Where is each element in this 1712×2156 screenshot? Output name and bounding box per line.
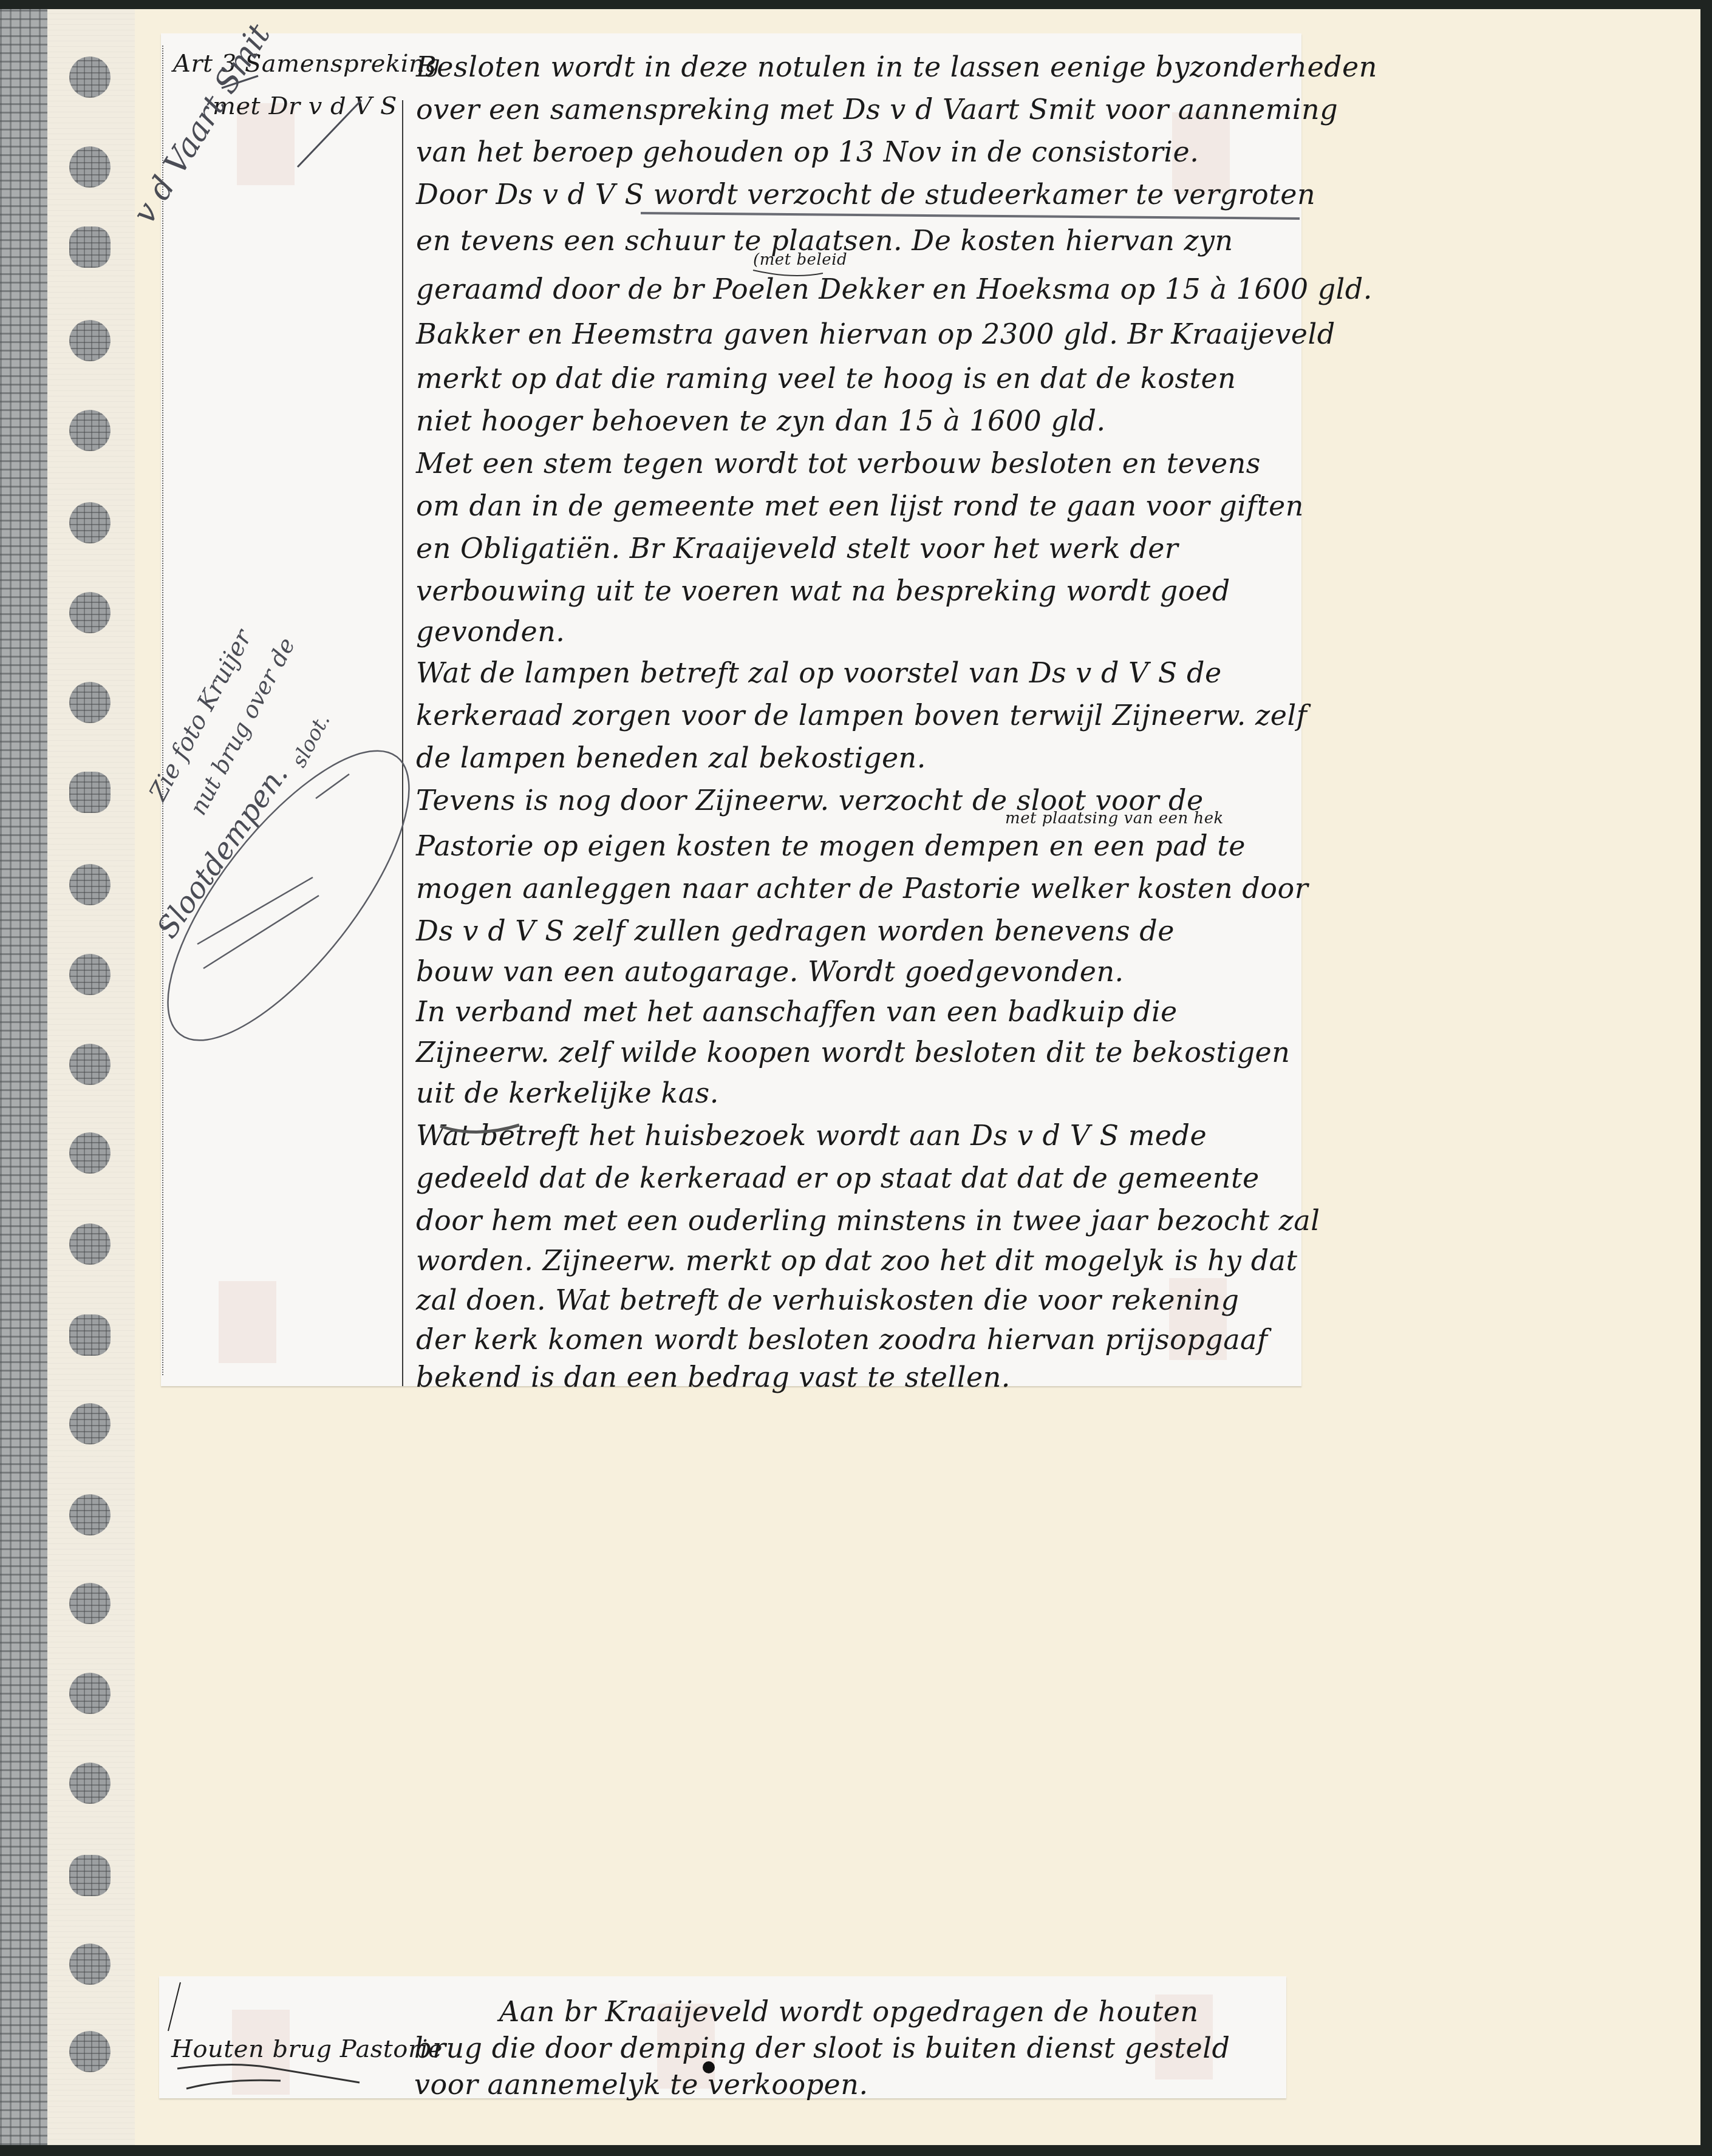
margin-rule bbox=[402, 100, 403, 1386]
minutes-line: Door Ds v d V S wordt verzocht de studee… bbox=[416, 180, 1315, 208]
minutes-line: Wat betreft het huisbezoek wordt aan Ds … bbox=[416, 1121, 1207, 1149]
binder-hole bbox=[69, 1223, 111, 1265]
perforation-edge bbox=[162, 46, 163, 1375]
minutes-line: over een samenspreking met Ds v d Vaart … bbox=[416, 95, 1338, 123]
minutes-line: In verband met het aanschaffen van een b… bbox=[416, 998, 1178, 1025]
binder-hole-strip bbox=[47, 9, 135, 2145]
minutes-line: worden. Zijneerw. merkt op dat zoo het d… bbox=[416, 1246, 1298, 1274]
minutes-line: uit de kerkelijke kas. bbox=[416, 1079, 719, 1107]
binder-hole bbox=[69, 954, 111, 995]
binder-hole bbox=[69, 1403, 111, 1444]
binder-hole bbox=[69, 772, 111, 813]
minutes-line: der kerk komen wordt besloten zoodra hie… bbox=[416, 1325, 1268, 1353]
interlinear-insert: met plaatsing van een hek bbox=[1005, 811, 1224, 826]
binder-hole bbox=[69, 226, 111, 268]
binder-hole bbox=[69, 592, 111, 633]
minutes-line: kerkeraad zorgen voor de lampen boven te… bbox=[416, 701, 1307, 729]
binder-linen-strip bbox=[0, 9, 47, 2145]
minutes-line: brug die door demping der sloot is buite… bbox=[414, 2034, 1230, 2062]
minutes-line: om dan in de gemeente met een lijst rond… bbox=[416, 492, 1304, 520]
minutes-line: Bakker en Heemstra gaven hiervan op 2300… bbox=[416, 320, 1335, 348]
minutes-line: Ds v d V S zelf zullen gedragen worden b… bbox=[416, 917, 1175, 945]
minutes-line: Zijneerw. zelf wilde koopen wordt beslot… bbox=[416, 1038, 1290, 1066]
minutes-clipping-bottom: Houten brug Pastorie Aan br Kraaijeveld … bbox=[159, 1976, 1286, 2098]
minutes-line: door hem met een ouderling minstens in t… bbox=[416, 1206, 1320, 1234]
minutes-line: mogen aanleggen naar achter de Pastorie … bbox=[416, 874, 1308, 902]
minutes-line: verbouwing uit te voeren wat na bespreki… bbox=[416, 577, 1230, 605]
binder-hole bbox=[69, 1583, 111, 1624]
binder-hole bbox=[69, 320, 111, 361]
binder-hole bbox=[69, 56, 111, 98]
binder-hole bbox=[69, 2031, 111, 2072]
minutes-line: Wat de lampen betreft zal op voorstel va… bbox=[416, 659, 1222, 687]
binder-hole bbox=[69, 502, 111, 543]
minutes-line: bouw van een autogarage. Wordt goedgevon… bbox=[416, 957, 1124, 985]
binder-hole bbox=[69, 1044, 111, 1085]
binder-hole bbox=[69, 1763, 111, 1804]
margin-note-article-sub: met Dr v d V S bbox=[213, 94, 397, 118]
minutes-line: voor aannemelyk te verkoopen. bbox=[414, 2070, 868, 2098]
minutes-line: Pastorie op eigen kosten te mogen dempen… bbox=[416, 832, 1246, 860]
minutes-line: en Obligatiën. Br Kraaijeveld stelt voor… bbox=[416, 534, 1178, 562]
minutes-line: merkt op dat die raming veel te hoog is … bbox=[416, 364, 1236, 392]
minutes-clipping-top: Art 3 Samenspreking met Dr v d V S v d V… bbox=[161, 33, 1301, 1386]
binder-hole bbox=[69, 146, 111, 188]
minutes-line: niet hooger behoeven te zyn dan 15 à 160… bbox=[416, 407, 1106, 435]
binder-hole bbox=[69, 1943, 111, 1985]
minutes-line: de lampen beneden zal bekostigen. bbox=[416, 744, 926, 772]
minutes-line: van het beroep gehouden op 13 Nov in de … bbox=[416, 138, 1199, 166]
binder-hole bbox=[69, 1673, 111, 1714]
interlinear-insert: (met beleid bbox=[753, 252, 847, 268]
margin-note-houten-brug: Houten brug Pastorie bbox=[171, 2037, 443, 2061]
minutes-line: bekend is dan een bedrag vast te stellen… bbox=[416, 1363, 1011, 1391]
binder-hole bbox=[69, 864, 111, 905]
minutes-line: geraamd door de br Poelen Dekker en Hoek… bbox=[416, 275, 1373, 303]
minutes-line: Besloten wordt in deze notulen in te las… bbox=[416, 53, 1377, 81]
minutes-line: gevonden. bbox=[416, 617, 565, 645]
margin-note-photo-3: sloot. bbox=[288, 710, 333, 770]
faded-stamp bbox=[219, 1281, 276, 1363]
binder-hole bbox=[69, 1494, 111, 1535]
minutes-line: gedeeld dat de kerkeraad er op staat dat… bbox=[416, 1164, 1260, 1192]
binder-hole bbox=[69, 1855, 111, 1896]
minutes-line: Met een stem tegen wordt tot verbouw bes… bbox=[416, 449, 1261, 477]
binder-hole bbox=[69, 410, 111, 451]
minutes-line: Aan br Kraaijeveld wordt opgedragen de h… bbox=[499, 1998, 1199, 2025]
binder-hole bbox=[69, 682, 111, 723]
minutes-line: zal doen. Wat betreft de verhuiskosten d… bbox=[416, 1286, 1239, 1314]
binder-hole bbox=[69, 1314, 111, 1356]
binder-hole bbox=[69, 1132, 111, 1174]
